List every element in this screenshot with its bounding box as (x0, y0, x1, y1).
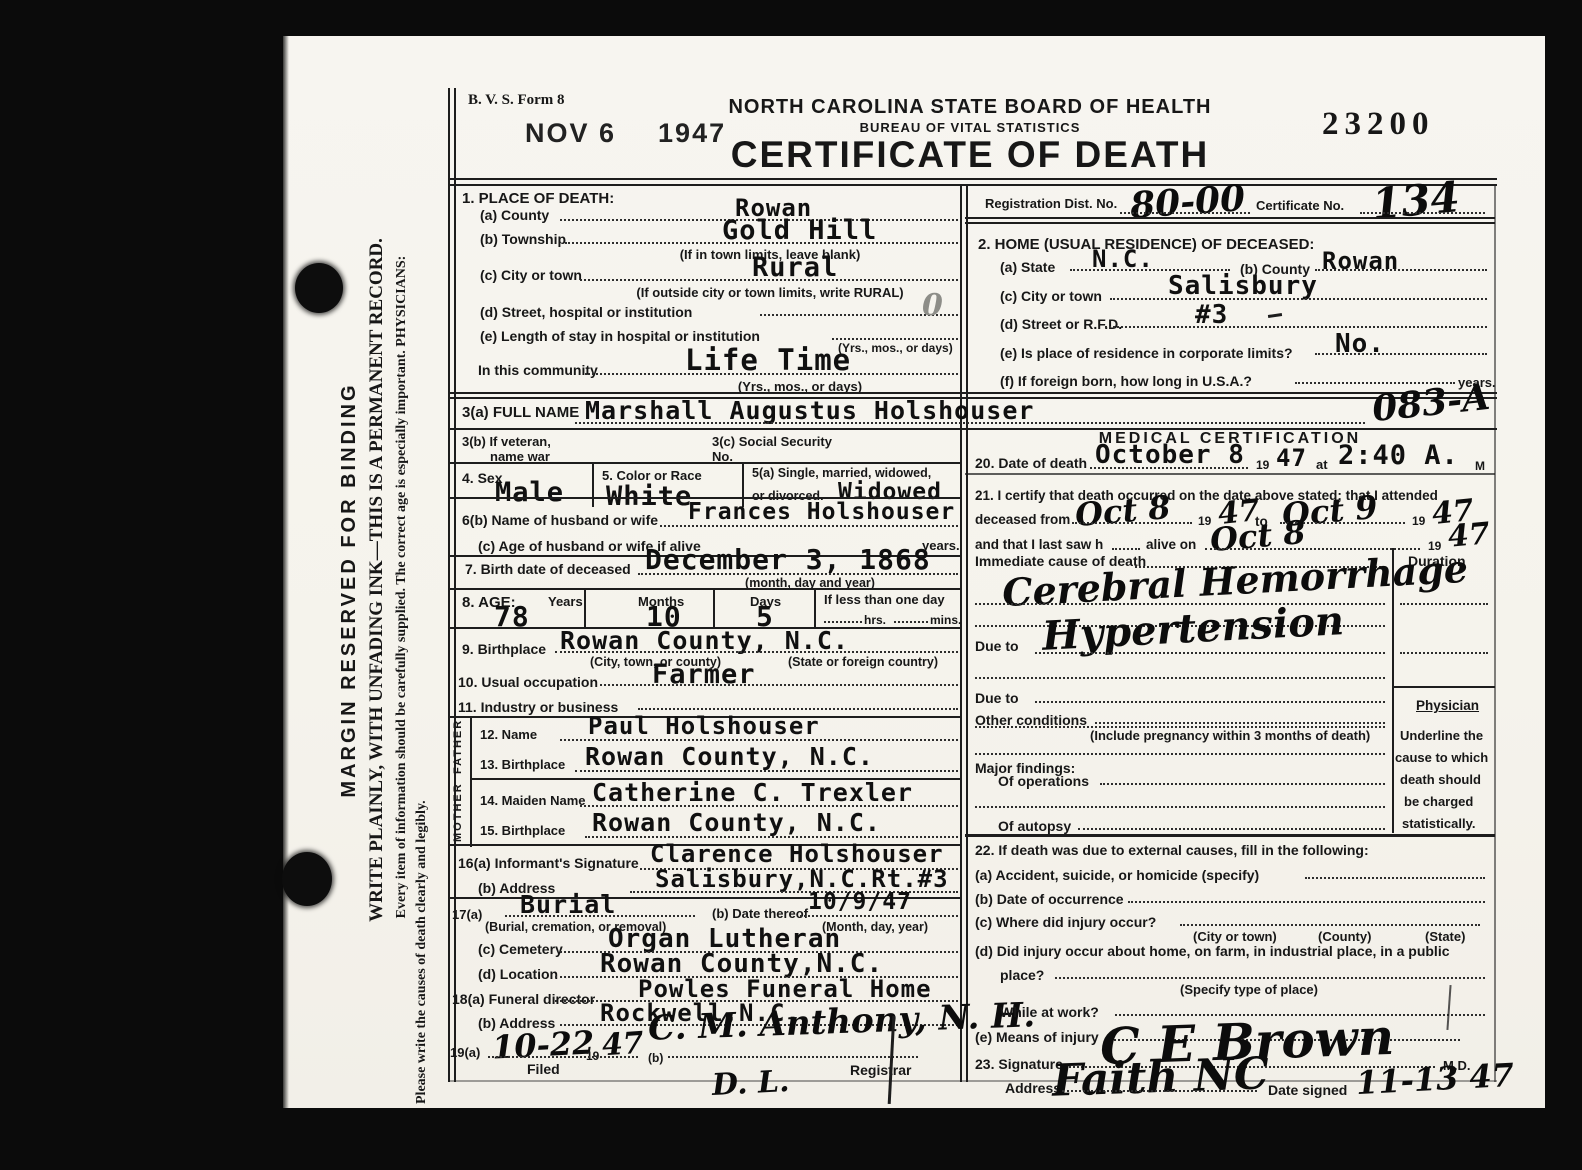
home-corporate-label: (e) Is place of residence in corporate l… (1000, 345, 1293, 361)
rule-dotted (1110, 298, 1487, 300)
external-where-label: (c) Where did injury occur? (975, 914, 1156, 930)
certificate-number-label: Certificate No. (1256, 198, 1344, 213)
rule (713, 588, 715, 627)
funeral-director-label: 18(a) Funeral director (452, 991, 595, 1007)
disposal-label: 17(a) (452, 907, 482, 922)
physician-note-line6: statistically. (1402, 816, 1475, 831)
rule-dotted (1072, 522, 1192, 524)
rule-dotted (1035, 701, 1385, 703)
full-name-label: 3(a) FULL NAME (462, 404, 579, 421)
rule-dotted (1062, 1090, 1257, 1092)
punch-hole-bottom (282, 852, 332, 906)
other-conditions-note: (Include pregnancy within 3 months of de… (1090, 728, 1370, 743)
father-side-label: FATHER (452, 719, 464, 774)
rule-dotted (1180, 924, 1480, 926)
rule (470, 716, 472, 847)
pod-stay-label: (e) Length of stay in hospital or instit… (480, 328, 760, 344)
margin-note-permanent-record: WRITE PLAINLY, WITH UNFADING INK—THIS IS… (366, 80, 388, 1080)
rule-dotted (1055, 977, 1485, 979)
external-where-note-city: (City or town) (1193, 929, 1277, 944)
mother-maiden-name-label: 14. Maiden Name (480, 793, 586, 808)
home-street-label: (d) Street or R.F.D. (1000, 316, 1122, 332)
pod-street-label: (d) Street, hospital or institution (480, 304, 692, 320)
rule (448, 184, 1497, 186)
rule-dotted (1360, 212, 1485, 214)
death-year-value: 47 (1276, 444, 1307, 472)
father-name-value: Paul Holshouser (588, 712, 820, 740)
registration-district-label: Registration Dist. No. (985, 196, 1117, 211)
rule-dotted (638, 708, 958, 710)
rule (965, 217, 1495, 219)
bureau-name: BUREAU OF VITAL STATISTICS (720, 120, 1220, 135)
rule-dotted (580, 805, 958, 807)
physician-address-handwritten: Faith NC (1051, 1048, 1270, 1107)
cemetery-location-label: (d) Location (478, 966, 558, 982)
pod-stay-note: (Yrs., mos., or days) (838, 341, 953, 355)
rule-dotted (668, 1056, 918, 1058)
date-of-death-value: October 8 (1095, 440, 1245, 470)
of-autopsy-label: Of autopsy (998, 818, 1071, 834)
rule-dotted (575, 770, 958, 772)
means-of-injury-label: (e) Means of injury (975, 1029, 1099, 1045)
external-place-note: (Specify type of place) (1180, 982, 1318, 997)
external-where-note-county: (County) (1318, 929, 1371, 944)
physician-note-line4: death should (1400, 772, 1481, 787)
occupation-label: 10. Usual occupation (458, 674, 598, 690)
rule (1494, 184, 1496, 1082)
margin-note-write-causes: Please write the causes of death clearly… (414, 604, 430, 1104)
rule-dotted (1305, 877, 1485, 879)
rule-dotted (565, 242, 958, 244)
birthplace-label: 9. Birthplace (462, 641, 546, 657)
registrar-initials: D. L. (711, 1064, 790, 1103)
received-date-stamp: NOV 61947 (525, 118, 726, 149)
pod-county-label: (a) County (480, 207, 549, 223)
rule-dotted (1120, 212, 1250, 214)
pod-community-label: In this community (478, 362, 598, 378)
place-of-death-title: 1. PLACE OF DEATH: (462, 190, 614, 207)
father-birthplace-value: Rowan County, N.C. (585, 742, 874, 771)
rule (592, 462, 594, 507)
rule-dotted (800, 915, 958, 917)
rule-dotted (1112, 548, 1140, 550)
physician-note-line5: be charged (1404, 794, 1473, 809)
birth-date-value: December 3, 1868 (645, 543, 931, 576)
rule-dotted (638, 573, 958, 575)
rule-dotted (1095, 722, 1385, 724)
spouse-value: Frances Holshouser (688, 499, 955, 525)
due-to-1-label: Due to (975, 638, 1019, 654)
rule-dotted (975, 753, 1385, 755)
rule-dotted (1090, 467, 1248, 469)
father-birthplace-label: 13. Birthplace (480, 757, 565, 772)
to-year-printed: 19 (1412, 514, 1425, 528)
document-title: CERTIFICATE OF DEATH (720, 134, 1220, 176)
rule-dotted (488, 1056, 638, 1058)
mother-maiden-name-value: Catherine C. Trexler (592, 778, 913, 807)
rule-dotted (1315, 269, 1487, 271)
death-time-value: 2:40 A. (1338, 440, 1459, 471)
death-at-label: at (1316, 457, 1328, 472)
age-less-than-day-label: If less than one day (824, 592, 945, 607)
father-name-label: 12. Name (480, 727, 537, 742)
pod-community-value: Life Time (685, 343, 851, 377)
other-conditions-label: Other conditions (975, 712, 1087, 728)
serial-number: 23200 (1322, 106, 1435, 143)
rule-dotted (1078, 828, 1385, 830)
filed-caption: Filed (527, 1061, 560, 1077)
rule (965, 834, 1495, 837)
physician-note-line2: Underline the (1400, 728, 1483, 743)
registrar-caption: Registrar (850, 1062, 911, 1078)
informant-signature-value: Clarence Holshouser (650, 840, 944, 868)
home-foreign-label: (f) If foreign born, how long in U.S.A.? (1000, 373, 1252, 389)
rule-dotted (505, 915, 695, 917)
age-mins-caption: mins. (930, 613, 961, 627)
death-meridiem-label: M (1475, 459, 1485, 473)
rule-dotted (975, 677, 1385, 679)
marital-label-line1: 5(a) Single, married, widowed, (752, 466, 931, 480)
date-of-death-label: 20. Date of death (975, 455, 1087, 471)
external-date-label: (b) Date of occurrence (975, 891, 1124, 907)
stamp-date: NOV 6 (525, 118, 616, 148)
pod-city-note: (If outside city or town limits, write R… (590, 285, 950, 300)
rule (814, 588, 816, 627)
rule (960, 184, 962, 1082)
physician-signature-label: 23. Signature (975, 1056, 1063, 1072)
ssn-label-line1: 3(c) Social Security (712, 434, 832, 449)
rule (448, 588, 962, 590)
birthplace-note-2: (State or foreign country) (788, 655, 938, 669)
rule (448, 392, 1497, 394)
alive-on-label: alive on (1146, 537, 1196, 552)
disposal-date-label: (b) Date thereof (712, 906, 808, 921)
rule-dotted (575, 422, 1365, 424)
filed-label: 19(a) (450, 1045, 480, 1060)
age-years-caption: Years (548, 594, 583, 609)
rule-dotted (1400, 603, 1488, 605)
registration-district-value: 80-00 (1129, 177, 1247, 227)
date-signed-label: Date signed (1268, 1082, 1347, 1098)
rule-dotted (585, 836, 958, 838)
rule-dotted (585, 373, 958, 375)
rule-dotted (660, 525, 958, 527)
physician-note-line3: cause to which (1395, 750, 1488, 765)
rule-dotted (555, 651, 958, 653)
external-place-label-line2: place? (1000, 967, 1044, 983)
spouse-label: 6(b) Name of husband or wife (462, 512, 658, 528)
stamp-year: 1947 (658, 118, 726, 148)
external-causes-title: 22. If death was due to external causes,… (975, 842, 1369, 858)
torn-left-edge (283, 36, 289, 1108)
veteran-label-line1: 3(b) If veteran, (462, 434, 551, 449)
age-hrs-caption: hrs. (864, 613, 886, 627)
mother-side-label: MOTHER (452, 782, 464, 842)
external-where-note-state: (State) (1425, 929, 1465, 944)
punch-hole-top (295, 263, 343, 313)
rule (448, 88, 450, 1082)
rule-dotted (824, 621, 862, 623)
disposal-date-value: 10/9/47 (808, 889, 912, 915)
rule-dotted (1128, 901, 1485, 903)
rule-dotted (580, 279, 958, 281)
rule-dotted (560, 739, 958, 741)
pod-township-label: (b) Township (480, 231, 566, 247)
informant-signature-label: 16(a) Informant's Signature (458, 855, 639, 871)
mother-birthplace-value: Rowan County, N.C. (592, 808, 881, 837)
rule-dotted (1105, 326, 1487, 328)
rule-dotted (975, 806, 1385, 808)
sex-value: Male (495, 477, 564, 508)
certify-from-label: deceased from (975, 512, 1070, 527)
rule (454, 88, 456, 1082)
certificate-number-value: 134 (1370, 172, 1462, 228)
margin-note-supply-info: Every item of information should be care… (394, 82, 410, 1092)
cemetery-label: (c) Cemetery (478, 941, 563, 957)
external-accident-label: (a) Accident, suicide, or homicide (spec… (975, 867, 1259, 883)
last-saw-label: and that I last saw h (975, 537, 1103, 552)
pod-city-label: (c) City or town (480, 267, 582, 283)
physician-box-title: Physician (1416, 698, 1479, 713)
rule-dotted (1400, 652, 1488, 654)
due-to-2-label: Due to (975, 690, 1019, 706)
filed-b-label: (b) (648, 1051, 663, 1065)
home-state-label: (a) State (1000, 259, 1055, 275)
home-city-value: Salisbury (1168, 271, 1318, 301)
rule (1392, 686, 1495, 688)
rule-dotted (1100, 783, 1385, 785)
rule-dotted (1035, 652, 1385, 654)
rule (584, 588, 586, 627)
margin-note-binding: MARGIN RESERVED FOR BINDING (338, 135, 361, 1045)
rule (966, 184, 968, 1082)
rule-dotted (600, 684, 958, 686)
pod-street-mark: 0 (922, 288, 943, 323)
while-at-work-label: While at work? (1000, 1004, 1099, 1020)
rule-dotted (1315, 353, 1487, 355)
rule (448, 178, 1497, 180)
home-city-label: (c) City or town (1000, 288, 1102, 304)
rule-dotted (832, 338, 958, 340)
agency-name: NORTH CAROLINA STATE BOARD OF HEALTH (720, 96, 1220, 119)
death-year-printed: 19 (1256, 458, 1269, 472)
rule (448, 462, 962, 464)
rule-dotted (894, 621, 928, 623)
of-operations-label: Of operations (998, 773, 1089, 789)
form-number: B. V. S. Form 8 (468, 92, 565, 109)
external-place-label-line1: (d) Did injury occur about home, on farm… (975, 943, 1450, 959)
rule (965, 222, 1495, 224)
full-name-value: Marshall Augustus Holshouser (585, 396, 1034, 425)
scanned-death-certificate: MARGIN RESERVED FOR BINDING WRITE PLAINL… (0, 0, 1582, 1170)
mother-birthplace-label: 15. Birthplace (480, 823, 565, 838)
rule (965, 473, 1495, 475)
birth-date-label: 7. Birth date of deceased (465, 561, 631, 577)
